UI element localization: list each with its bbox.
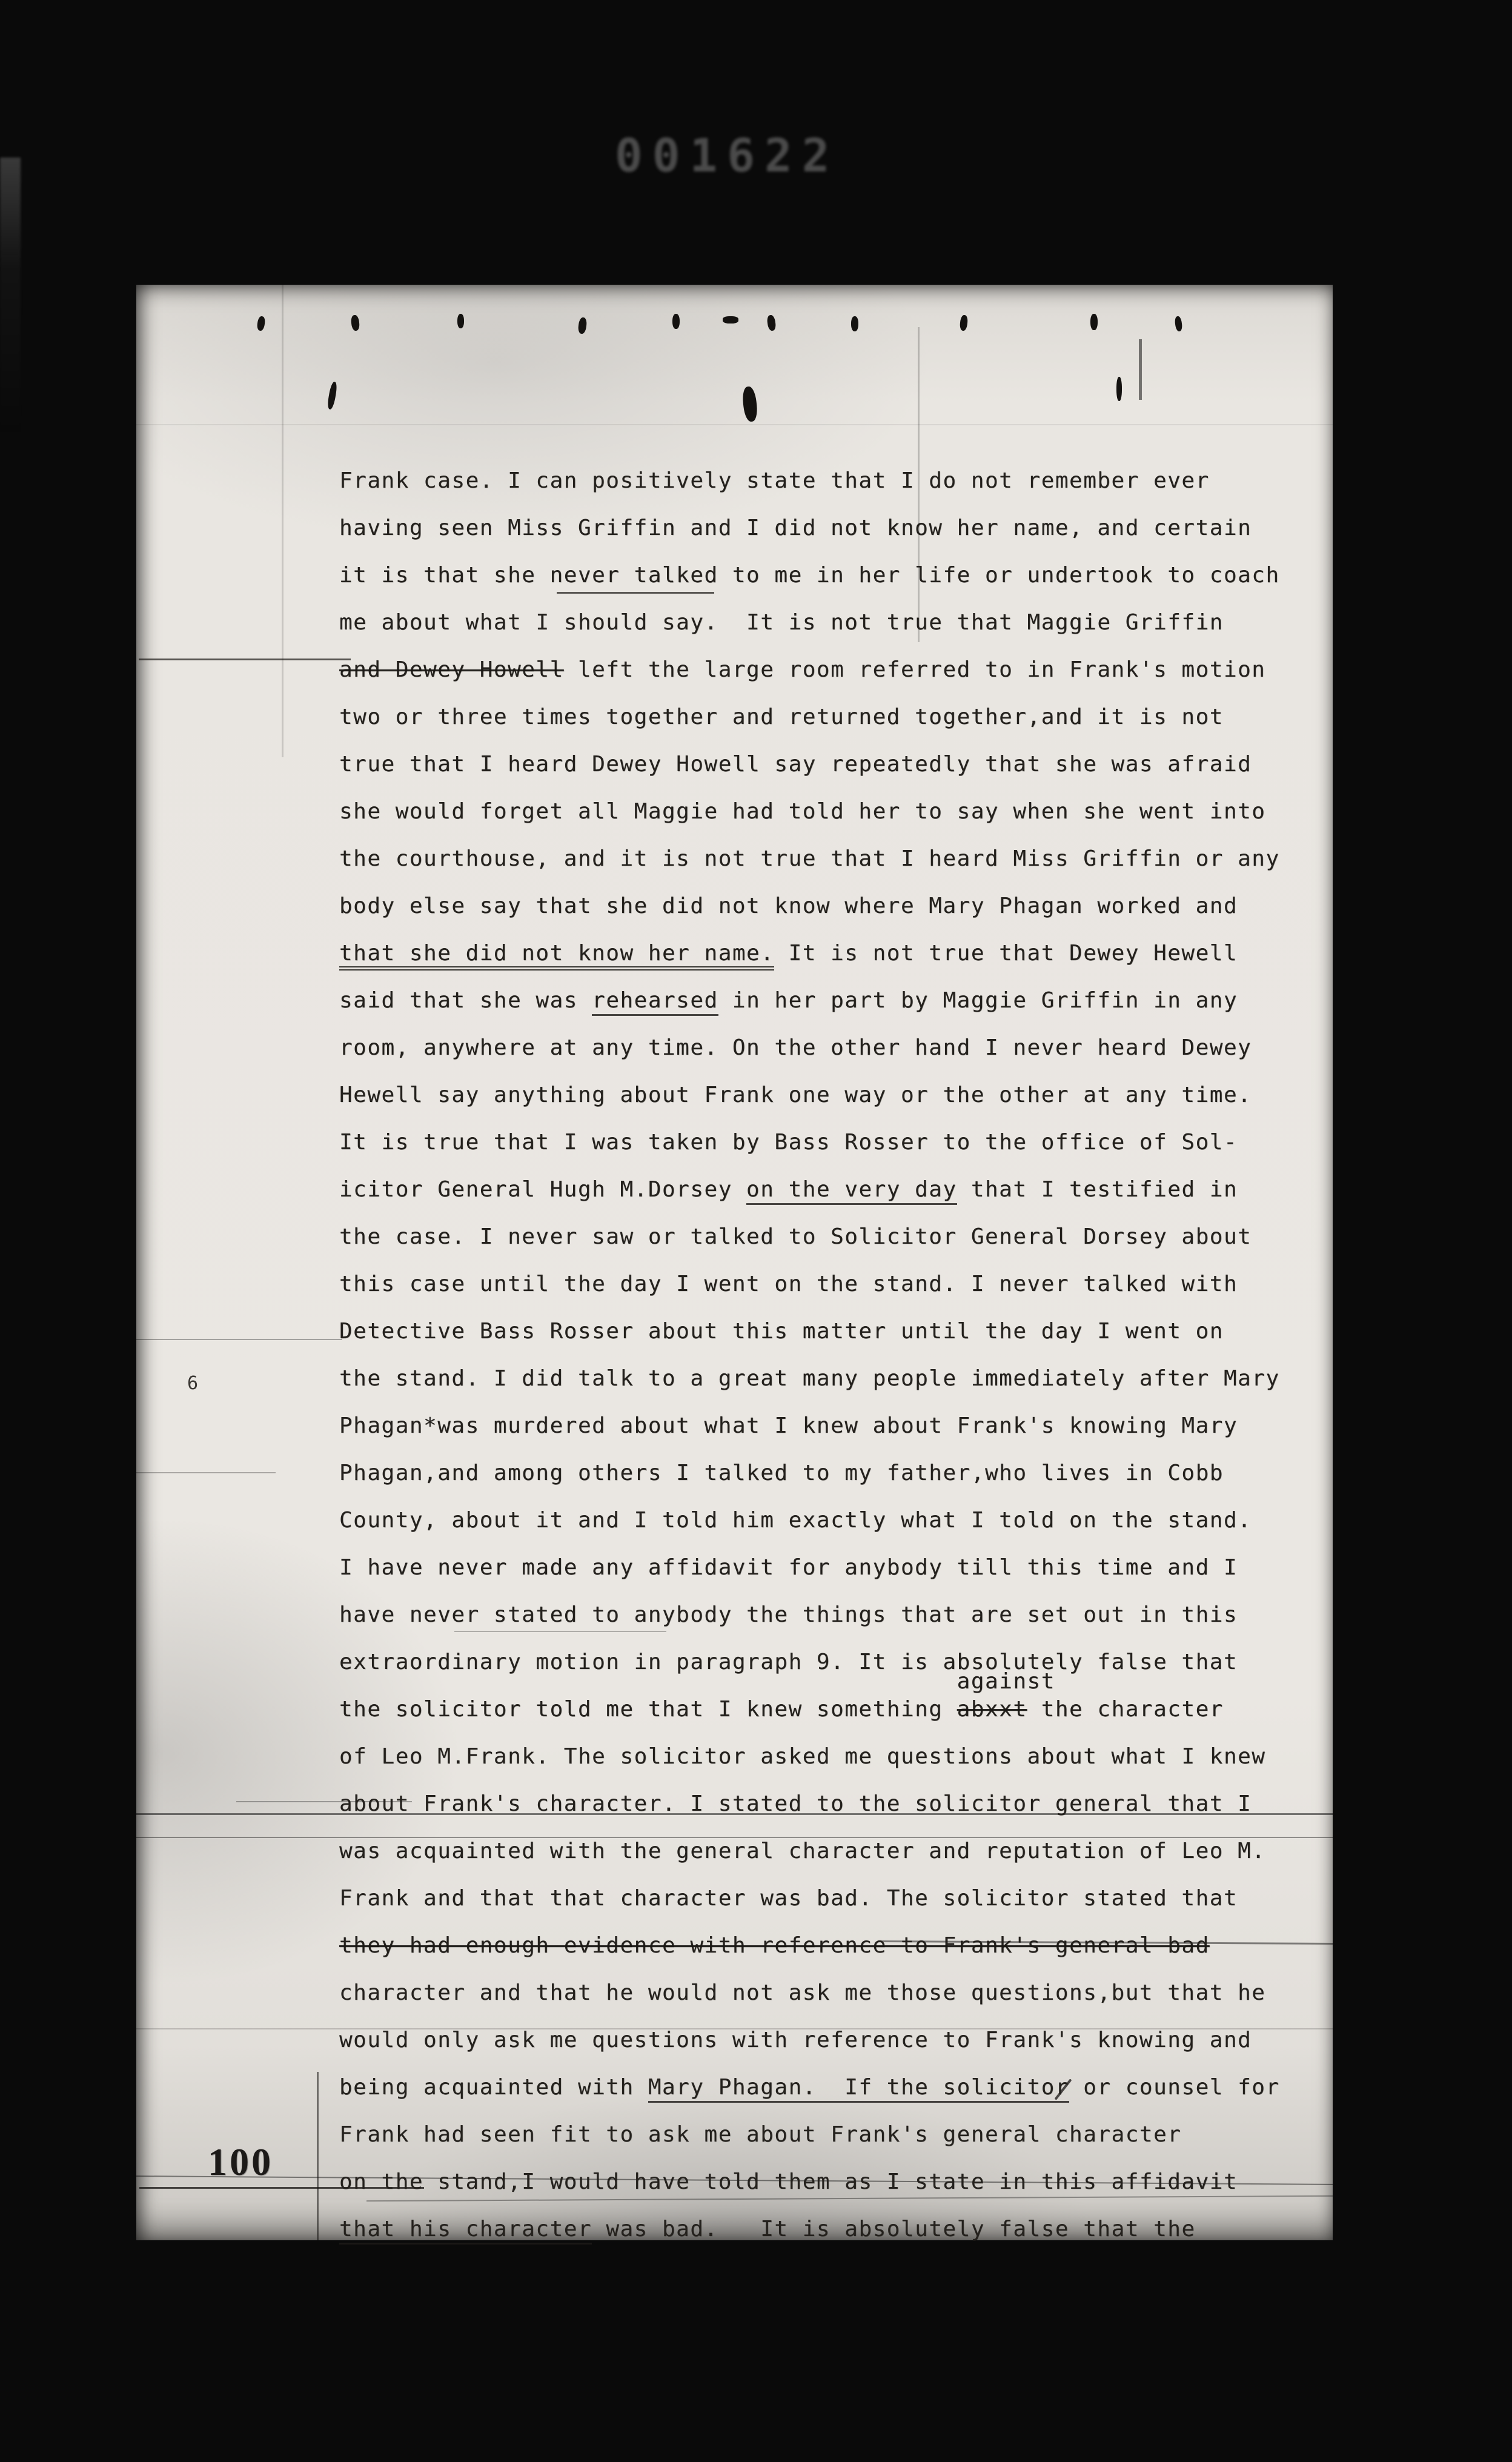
text-segment-strike: they had enough evidence with reference … — [339, 1933, 1210, 1958]
text-line: the case. I never saw or talked to Solic… — [339, 1213, 1321, 1261]
text-line: on the stand,I would have told them as I… — [339, 2158, 1321, 2206]
text-line: room, anywhere at any time. On the other… — [339, 1024, 1321, 1072]
text-segment: said that she was — [339, 988, 592, 1013]
typewritten-text: Frank case. I can positively state that … — [339, 457, 1321, 2253]
text-line: County, about it and I told him exactly … — [339, 1497, 1321, 1544]
ink-blob — [327, 381, 338, 410]
text-segment: It is true that I was taken by Bass Ross… — [339, 1130, 1238, 1155]
punch-dot — [256, 316, 265, 331]
punch-dot — [351, 314, 360, 331]
text-line: Frank and that that character was bad. T… — [339, 1875, 1321, 1922]
text-segment: this case until the day I went on the st… — [339, 1272, 1238, 1296]
punch-dot — [1175, 316, 1183, 331]
text-line: the stand. I did talk to a great many pe… — [339, 1355, 1321, 1402]
text-line: about Frank's character. I stated to the… — [339, 1780, 1321, 1828]
text-segment-u: Mary Phagan. If the solicitor — [648, 2075, 1069, 2103]
text-line: she would forget all Maggie had told her… — [339, 788, 1321, 835]
text-line: It is true that I was taken by Bass Ross… — [339, 1119, 1321, 1166]
crease-vertical — [1139, 339, 1142, 400]
text-line: extraordinary motion in paragraph 9. It … — [339, 1639, 1321, 1686]
text-line: character and that he would not ask me t… — [339, 1969, 1321, 2017]
text-line: said that she was rehearsed in her part … — [339, 977, 1321, 1024]
text-line: the solicitor told me that I knew someth… — [339, 1686, 1321, 1733]
text-segment: Frank had seen fit to ask me about Frank… — [339, 2122, 1181, 2147]
text-segment: of Leo M.Frank. The solicitor asked me q… — [339, 1744, 1265, 1769]
text-line: icitor General Hugh M.Dorsey on the very… — [339, 1166, 1321, 1213]
margin-vertical-line — [317, 2072, 319, 2240]
text-line: being acquainted with Mary Phagan. If th… — [339, 2064, 1321, 2111]
ink-blob — [1116, 377, 1122, 401]
text-segment: would only ask me questions with referen… — [339, 2028, 1252, 2052]
ink-blob — [741, 386, 758, 422]
text-line: me about what I should say. It is not tr… — [339, 599, 1321, 646]
strike-extension-line — [139, 659, 351, 660]
punch-dot — [672, 314, 680, 329]
document-page: 6 Frank case. I can positively state tha… — [136, 285, 1333, 2240]
text-segment: Phagan,and among others I talked to my f… — [339, 1461, 1224, 1485]
text-segment: me about what I should say. It is not tr… — [339, 610, 1224, 635]
text-line: Detective Bass Rosser about this matter … — [339, 1308, 1321, 1355]
text-segment: on the stand,I would have told them as I… — [339, 2169, 1238, 2194]
text-segment: Frank and that that character was bad. T… — [339, 1886, 1238, 1911]
text-line: Frank case. I can positively state that … — [339, 457, 1321, 505]
punch-dot — [960, 314, 969, 331]
text-segment: Phagan*was murdered about what I knew ab… — [339, 1413, 1238, 1438]
text-line: Frank had seen fit to ask me about Frank… — [339, 2111, 1321, 2158]
text-segment: two or three times together and returned… — [339, 705, 1224, 729]
text-line: that his character was bad. It is absolu… — [339, 2206, 1321, 2253]
text-line: it is that she never talked to me in her… — [339, 552, 1321, 599]
text-segment-u: that his character — [339, 2217, 592, 2245]
punch-dot — [766, 314, 776, 331]
text-segment: body else say that she did not know wher… — [339, 894, 1238, 918]
text-segment: have never stated to anybody the things … — [339, 1602, 1238, 1627]
document-stamp-number: 001622 — [615, 128, 840, 182]
text-segment: icitor General Hugh M.Dorsey — [339, 1177, 746, 1202]
text-segment: having seen Miss Griffin and I did not k… — [339, 516, 1252, 540]
text-line: would only ask me questions with referen… — [339, 2017, 1321, 2064]
text-line: Phagan,and among others I talked to my f… — [339, 1450, 1321, 1497]
text-segment: Detective Bass Rosser about this matter … — [339, 1319, 1224, 1344]
text-line: the courthouse, and it is not true that … — [339, 835, 1321, 883]
text-line: Phagan*was murdered about what I knew ab… — [339, 1402, 1321, 1450]
photograph-background: 001622 6 — [0, 0, 1512, 2462]
text-segment-u2: that she did not know her name. — [339, 941, 774, 971]
text-line: and Dewey Howell left the large room ref… — [339, 646, 1321, 694]
text-line: having seen Miss Griffin and I did not k… — [339, 505, 1321, 552]
text-line: Hewell say anything about Frank one way … — [339, 1072, 1321, 1119]
page-number-stamp: 100 — [208, 2140, 273, 2185]
crease-vertical — [282, 285, 283, 757]
text-segment: true that I heard Dewey Howell say repea… — [339, 752, 1252, 777]
text-segment: the stand. I did talk to a great many pe… — [339, 1366, 1280, 1391]
text-segment: or counsel for — [1069, 2075, 1280, 2100]
text-line: body else say that she did not know wher… — [339, 883, 1321, 930]
text-line: have never stated to anybody the things … — [339, 1591, 1321, 1639]
text-line: I have never made any affidavit for anyb… — [339, 1544, 1321, 1591]
text-segment-u: on the very day — [746, 1177, 957, 1205]
text-segment: the solicitor told me that I knew someth… — [339, 1697, 957, 1722]
text-segment: she would forget all Maggie had told her… — [339, 799, 1265, 824]
punch-dot — [723, 316, 738, 324]
text-segment: Hewell say anything about Frank one way … — [339, 1083, 1252, 1107]
text-segment: about Frank's character. I stated to the… — [339, 1791, 1252, 1816]
crease-line — [136, 1472, 276, 1473]
text-line: two or three times together and returned… — [339, 694, 1321, 741]
punch-dot — [1090, 314, 1098, 330]
text-segment: left the large room referred to in Frank… — [564, 657, 1266, 682]
text-segment: extraordinary motion in paragraph 9. It … — [339, 1650, 1238, 1674]
crease-line — [136, 424, 1333, 425]
text-segment: it is that she never talked to me in her… — [339, 563, 1280, 588]
text-segment: was bad. It is absolutely false that the — [592, 2217, 1195, 2241]
text-line: that she did not know her name. It is no… — [339, 930, 1321, 977]
text-line: was acquainted with the general characte… — [339, 1828, 1321, 1875]
text-segment: It is not true that Dewey Hewell — [774, 941, 1238, 966]
text-segment: Frank case. I can positively state that … — [339, 468, 1210, 493]
punch-dot — [457, 314, 464, 328]
text-segment: being acquainted with — [339, 2075, 648, 2100]
text-line: this case until the day I went on the st… — [339, 1261, 1321, 1308]
text-segment-strike: abxxt — [957, 1697, 1027, 1722]
text-segment: character and that he would not ask me t… — [339, 1980, 1265, 2005]
text-line: of Leo M.Frank. The solicitor asked me q… — [339, 1733, 1321, 1780]
punch-dot — [577, 317, 587, 334]
text-segment-u: rehearsed — [592, 988, 718, 1016]
text-segment: the case. I never saw or talked to Solic… — [339, 1224, 1252, 1249]
film-edge-streak — [0, 158, 21, 436]
text-segment: County, about it and I told him exactly … — [339, 1508, 1252, 1533]
margin-mark: 6 — [187, 1373, 198, 1394]
text-segment: room, anywhere at any time. On the other… — [339, 1035, 1252, 1060]
text-segment: was acquainted with the general characte… — [339, 1839, 1265, 1863]
text-segment: I have never made any affidavit for anyb… — [339, 1555, 1238, 1580]
text-segment: that I testified in — [957, 1177, 1238, 1202]
crease-line — [136, 1339, 342, 1340]
text-segment: in her part by Maggie Griffin in any — [718, 988, 1238, 1013]
text-segment: the character — [1027, 1697, 1224, 1722]
text-segment-strike: and Dewey Howell — [339, 657, 564, 682]
punch-dot — [851, 316, 858, 331]
text-segment: the courthouse, and it is not true that … — [339, 846, 1280, 871]
text-line: they had enough evidence with reference … — [339, 1922, 1321, 1969]
text-line: true that I heard Dewey Howell say repea… — [339, 741, 1321, 788]
